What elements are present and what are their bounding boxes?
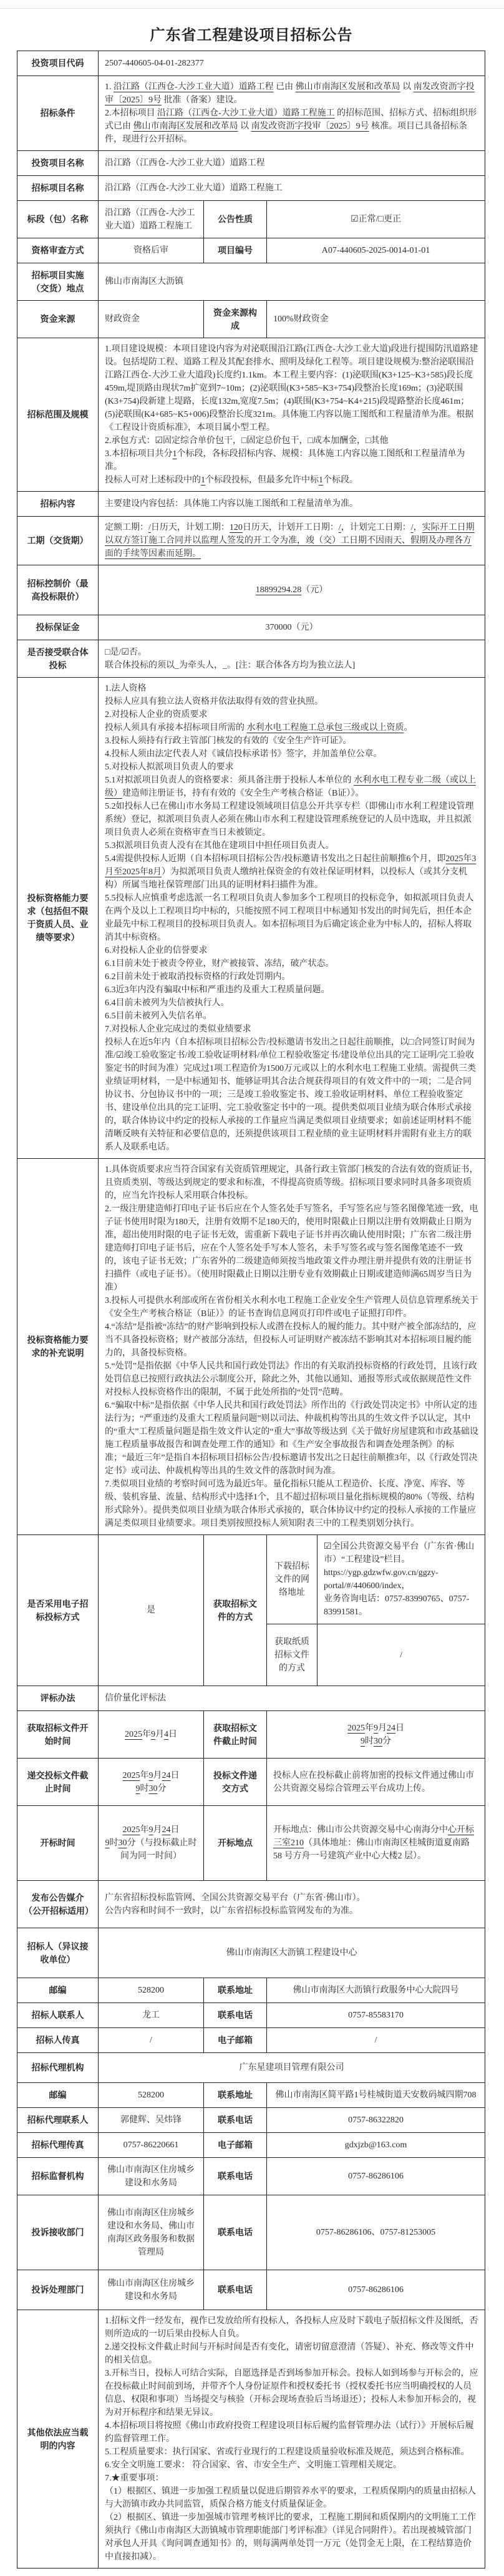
row-qualification-supplement: 投标资格能力要求的补充说明 1.具体资质要求应当符合国家有关资质管理规定，具备行… bbox=[17, 1159, 485, 1535]
zip2-value: 528200 bbox=[99, 2083, 204, 2108]
complaint-receive-label: 投诉接收部门 bbox=[17, 2195, 99, 2270]
opening-time-label: 开标时间 bbox=[17, 1806, 99, 1881]
bid-conditions-label: 招标条件 bbox=[17, 76, 99, 151]
row-invest-name: 投资项目名称 沿江路（江西仓-大沙工业大道）道路工程 bbox=[17, 151, 485, 176]
funds-composition-value: 100%财政资金 bbox=[267, 301, 485, 338]
fax1-value: / bbox=[99, 2028, 204, 2053]
ceiling-price-label: 招标控制价（最高投标限价） bbox=[17, 565, 99, 615]
address2-value: 佛山市南海区简平路1号桂城街道天安数码城四期708 bbox=[267, 2083, 485, 2108]
content-label: 招标内容 bbox=[17, 492, 99, 517]
electronic-bidding-value: 是 bbox=[99, 1535, 204, 1686]
qualification-supplement-label: 投标资格能力要求的补充说明 bbox=[17, 1159, 99, 1535]
doc-start-label: 获取招标文件开始时间 bbox=[17, 1711, 99, 1759]
row-evaluation-method: 评标办法 信价量化评标法 bbox=[17, 1686, 485, 1711]
zip1-value: 528200 bbox=[99, 1978, 204, 2003]
complaint-handle-value: 佛山市南海区住房城乡建设和水务局 bbox=[99, 2270, 204, 2310]
bottom-space bbox=[17, 2569, 486, 2576]
email2-label: 电子邮箱 bbox=[204, 2133, 267, 2158]
deposit-label: 投标保证金 bbox=[17, 615, 99, 640]
row-scope: 招标范围及规模 1.项目建设规模：本项目建设内容为对泌联围沿江路(江西仓-大沙工… bbox=[17, 338, 485, 492]
complaint-handle-label: 投诉处理部门 bbox=[17, 2270, 99, 2310]
complaint-handle-phone-label: 联系电话 bbox=[204, 2270, 267, 2310]
row-ceiling-price: 招标控制价（最高投标限价） 18899294.28（元） bbox=[17, 565, 485, 615]
supervisor-label: 招标监督机构 bbox=[17, 2158, 99, 2195]
contact2-label: 招标代理联系人 bbox=[17, 2108, 99, 2133]
doc-deadline-value: 2025年9月24日 9时30分 bbox=[267, 1711, 485, 1759]
evaluation-method-value: 信价量化评标法 bbox=[99, 1686, 485, 1711]
qualification-method-label: 资格审查方式 bbox=[17, 238, 99, 263]
obtain-docs-method-label: 获取招标文件的方式 bbox=[204, 1535, 267, 1686]
consortium-label: 是否接受联合体投标 bbox=[17, 640, 99, 678]
row-supervisor: 招标监督机构 佛山市南海区住房城乡建设和水务局 联系电话 0757-862861… bbox=[17, 2158, 485, 2195]
phone2-label: 联系电话 bbox=[204, 2108, 267, 2133]
invest-name-value: 沿江路（江西仓-大沙工业大道）道路工程 bbox=[99, 151, 485, 176]
fax1-label: 招标人传真 bbox=[17, 2028, 99, 2053]
row-funds: 资金来源 财政资金 资金来源构成 100%财政资金 bbox=[17, 301, 485, 338]
contact1-label: 招标人联系人 bbox=[17, 2003, 99, 2028]
media-label: 发布公告媒介（公开招标适用） bbox=[17, 1881, 99, 1928]
row-opening: 开标时间 2025年9月24日 9时30分（与投标截止时间为同一时间） 开标地点… bbox=[17, 1806, 485, 1881]
agency-value: 广东星建项目管理有限公司 bbox=[99, 2053, 485, 2083]
row-contact1: 招标人联系人 龙工 联系电话 0757-85583170 bbox=[17, 2003, 485, 2028]
top-divider bbox=[0, 0, 504, 9]
notice-type-value: ☑正常/□更正 bbox=[267, 201, 485, 238]
address1-value: 佛山市南海区大沥镇行政服务中心大院四号 bbox=[267, 1978, 485, 2003]
download-url-value: ☑全国公共资源交易平台（广东省·佛山市）“工程建设”栏目。 https://yg… bbox=[317, 1535, 485, 1624]
zip1-label: 邮编 bbox=[17, 1978, 99, 2003]
consortium-value: □是/☑否。 联合体投标的须以_为牵头人，_。[注：联合体各方均为独立法人] bbox=[99, 640, 485, 678]
row-content: 招标内容 主要建设内容包括：具体施工内容以施工图纸和工程量清单为准。 bbox=[17, 492, 485, 517]
page-title: 广东省工程建设项目招标公告 bbox=[17, 22, 486, 44]
complaint-handle-phone-value: 0757-86286106 bbox=[267, 2270, 485, 2310]
email1-label: 电子邮箱 bbox=[204, 2028, 267, 2053]
tenderer-value: 佛山市南海区大沥镇工程建设中心 bbox=[99, 1928, 485, 1978]
row-consortium: 是否接受联合体投标 □是/☑否。 联合体投标的须以_为牵头人，_。[注：联合体各… bbox=[17, 640, 485, 678]
invest-name-label: 投资项目名称 bbox=[17, 151, 99, 176]
row-electronic-bidding: 是否采用电子招标投标方式 是 获取招标文件的方式 下载招标文件的网络地址 ☑全国… bbox=[17, 1535, 485, 1624]
location-label: 招标项目实施（交货）地点 bbox=[17, 263, 99, 301]
qualification-requirements-value: 1.法人资格 投标人应具有独立法人资格并依法取得有效的营业执照。 2.对投标人企… bbox=[99, 678, 485, 1159]
ceiling-price-value: 18899294.28（元） bbox=[99, 565, 485, 615]
row-qualification-requirements: 投标资格能力要求（包括但不限于资质人员、业绩等要求） 1.法人资格 投标人应具有… bbox=[17, 678, 485, 1159]
funds-composition-label: 资金来源构成 bbox=[204, 301, 267, 338]
paper-docs-value: / bbox=[317, 1624, 485, 1686]
project-code-label: 投资项目代码 bbox=[17, 51, 99, 76]
phone1-value: 0757-85583170 bbox=[267, 2003, 485, 2028]
scope-label: 招标范围及规模 bbox=[17, 338, 99, 492]
submit-method-label: 投标文件递交方式 bbox=[204, 1759, 267, 1806]
contact1-value: 龙工 bbox=[99, 2003, 204, 2028]
row-zip1: 邮编 528200 联系地址 佛山市南海区大沥镇行政服务中心大院四号 bbox=[17, 1978, 485, 2003]
qualification-supplement-value: 1.具体资质要求应当符合国家有关资质管理规定，具备行政主管部门核发的合法有效的资… bbox=[99, 1159, 485, 1535]
location-value: 佛山市南海区大沥镇 bbox=[99, 263, 485, 301]
row-doc-time: 获取招标文件开始时间 2025年9月4日 获取招标文件截止时间 2025年9月2… bbox=[17, 1711, 485, 1759]
row-complaint-receive: 投诉接收部门 佛山市南海区住房城乡建设和水务局、佛山市南海区政务服务和数据管理局… bbox=[17, 2195, 485, 2270]
section-value: 沿江路（江西仓-大沙工业大道）道路工程施工 bbox=[99, 201, 204, 238]
funds-value: 财政资金 bbox=[99, 301, 204, 338]
complaint-receive-phone-label: 联系电话 bbox=[204, 2195, 267, 2270]
doc-start-value: 2025年9月4日 bbox=[99, 1711, 204, 1759]
row-tender-name: 招标项目名称 沿江路（江西仓-大沙工业大道）道路工程施工 bbox=[17, 176, 485, 201]
address1-label: 联系地址 bbox=[204, 1978, 267, 2003]
project-number-label: 项目编号 bbox=[204, 238, 267, 263]
opening-time-value: 2025年9月24日 9时30分（与投标截止时间为同一时间） bbox=[99, 1806, 204, 1881]
project-number-value: A07-440605-2025-0014-01-01 bbox=[267, 238, 485, 263]
notice-type-label: 公告性质 bbox=[204, 201, 267, 238]
row-contact2: 招标代理联系人 郭健辉、吴炜锋 联系电话 0757-86322820 bbox=[17, 2108, 485, 2133]
supervisor-phone-value: 0757-86286106 bbox=[267, 2158, 485, 2195]
supervisor-phone-label: 联系电话 bbox=[204, 2158, 267, 2195]
tender-name-value: 沿江路（江西仓-大沙工业大道）道路工程施工 bbox=[99, 176, 485, 201]
qualification-method-value: 资格后审 bbox=[99, 238, 204, 263]
row-tenderer: 招标人（异议接收单位） 佛山市南海区大沥镇工程建设中心 bbox=[17, 1928, 485, 1978]
other-value: 1.招标文件一经发布，视作已发放给所有投标人，各投标人应及时下载电子版招标文件及… bbox=[99, 2310, 485, 2569]
row-section: 标段（包）名称 沿江路（江西仓-大沙工业大道）道路工程施工 公告性质 ☑正常/□… bbox=[17, 201, 485, 238]
phone2-value: 0757-86322820 bbox=[267, 2108, 485, 2133]
zip2-label: 邮编 bbox=[17, 2083, 99, 2108]
opening-place-value: 开标地点：佛山市公共资源交易中心南海分中心开标三室210（具体地址：佛山市南海区… bbox=[267, 1806, 485, 1881]
row-submit-deadline: 递交投标文件截止时间 2025年9月24日 9时30分 投标文件递交方式 投标人… bbox=[17, 1759, 485, 1806]
announcement-page: 广东省工程建设项目招标公告 投资项目代码 2507-440605-04-01-2… bbox=[17, 22, 486, 2576]
row-qualification-method: 资格审查方式 资格后审 项目编号 A07-440605-2025-0014-01… bbox=[17, 238, 485, 263]
qualification-requirements-label: 投标资格能力要求（包括但不限于资质人员、业绩等要求） bbox=[17, 678, 99, 1159]
other-label: 其他依法应当载明的内容 bbox=[17, 2310, 99, 2569]
tender-name-label: 招标项目名称 bbox=[17, 176, 99, 201]
row-complaint-handle: 投诉处理部门 佛山市南海区住房城乡建设和水务局 联系电话 0757-862861… bbox=[17, 2270, 485, 2310]
supervisor-value: 佛山市南海区住房城乡建设和水务局 bbox=[99, 2158, 204, 2195]
row-duration: 工期（交货期） 定额工期：/日历天，计划工期：120日历天，计划开工日期：/，计… bbox=[17, 517, 485, 565]
tenderer-label: 招标人（异议接收单位） bbox=[17, 1928, 99, 1978]
row-location: 招标项目实施（交货）地点 佛山市南海区大沥镇 bbox=[17, 263, 485, 301]
download-url-label: 下载招标文件的网络地址 bbox=[267, 1535, 317, 1624]
agency-label: 招标代理机构 bbox=[17, 2053, 99, 2083]
complaint-receive-value: 佛山市南海区住房城乡建设和水务局、佛山市南海区政务服务和数据管理局 bbox=[99, 2195, 204, 2270]
fax2-label: 招标代理传真 bbox=[17, 2133, 99, 2158]
row-deposit: 投标保证金 370000（元） bbox=[17, 615, 485, 640]
address2-label: 联系地址 bbox=[204, 2083, 267, 2108]
deposit-value: 370000（元） bbox=[99, 615, 485, 640]
phone1-label: 联系电话 bbox=[204, 2003, 267, 2028]
fax2-value: 0757-86220661 bbox=[99, 2133, 204, 2158]
duration-label: 工期（交货期） bbox=[17, 517, 99, 565]
row-fax2: 招标代理传真 0757-86220661 电子邮箱 gdxjzb@163.com bbox=[17, 2133, 485, 2158]
complaint-receive-phone-value: 0757-86286106、0757-81253005 bbox=[267, 2195, 485, 2270]
row-bid-conditions: 招标条件 1. 沿江路（江西仓-大沙工业大道）道路工程 已由 佛山市南海区发展和… bbox=[17, 76, 485, 151]
row-zip2: 邮编 528200 联系地址 佛山市南海区简平路1号桂城街道天安数码城四期708 bbox=[17, 2083, 485, 2108]
content-value: 主要建设内容包括：具体施工内容以施工图纸和工程量清单为准。 bbox=[99, 492, 485, 517]
submit-deadline-value: 2025年9月24日 9时30分 bbox=[99, 1759, 204, 1806]
media-value: 广东省招标投标监管网、全国公共资源交易平台（广东省·佛山市）。 公告内容和时间不… bbox=[99, 1881, 485, 1928]
submit-method-value: 投标人应在投标截止前将加密的投标文件通过佛山市公共资源交易综合管理云平台成功上传… bbox=[267, 1759, 485, 1806]
opening-place-label: 开标地点 bbox=[204, 1806, 267, 1881]
evaluation-method-label: 评标办法 bbox=[17, 1686, 99, 1711]
email2-value: gdxjzb@163.com bbox=[267, 2133, 485, 2158]
row-agency: 招标代理机构 广东星建项目管理有限公司 bbox=[17, 2053, 485, 2083]
paper-docs-label: 获取纸质招标文件的方式 bbox=[267, 1624, 317, 1686]
contact2-value: 郭健辉、吴炜锋 bbox=[99, 2108, 204, 2133]
funds-label: 资金来源 bbox=[17, 301, 99, 338]
row-fax1: 招标人传真 / 电子邮箱 / bbox=[17, 2028, 485, 2053]
email1-value: / bbox=[267, 2028, 485, 2053]
section-label: 标段（包）名称 bbox=[17, 201, 99, 238]
project-code-value: 2507-440605-04-01-282377 bbox=[99, 51, 485, 76]
submit-deadline-label: 递交投标文件截止时间 bbox=[17, 1759, 99, 1806]
duration-value: 定额工期：/日历天，计划工期：120日历天，计划开工日期：/，计划完工日期：/，… bbox=[99, 517, 485, 565]
row-project-code: 投资项目代码 2507-440605-04-01-282377 bbox=[17, 51, 485, 76]
row-other: 其他依法应当载明的内容 1.招标文件一经发布，视作已发放给所有投标人，各投标人应… bbox=[17, 2310, 485, 2569]
doc-deadline-label: 获取招标文件截止时间 bbox=[204, 1711, 267, 1759]
electronic-bidding-label: 是否采用电子招标投标方式 bbox=[17, 1535, 99, 1686]
scope-value: 1.项目建设规模：本项目建设内容为对泌联围沿江路(江西仓-大沙工业大道)段进行提… bbox=[99, 338, 485, 492]
announcement-table: 投资项目代码 2507-440605-04-01-282377 招标条件 1. … bbox=[17, 51, 485, 2569]
bid-conditions-value: 1. 沿江路（江西仓-大沙工业大道）道路工程 已由 佛山市南海区发展和改革局 以… bbox=[99, 76, 485, 151]
row-media: 发布公告媒介（公开招标适用） 广东省招标投标监管网、全国公共资源交易平台（广东省… bbox=[17, 1881, 485, 1928]
